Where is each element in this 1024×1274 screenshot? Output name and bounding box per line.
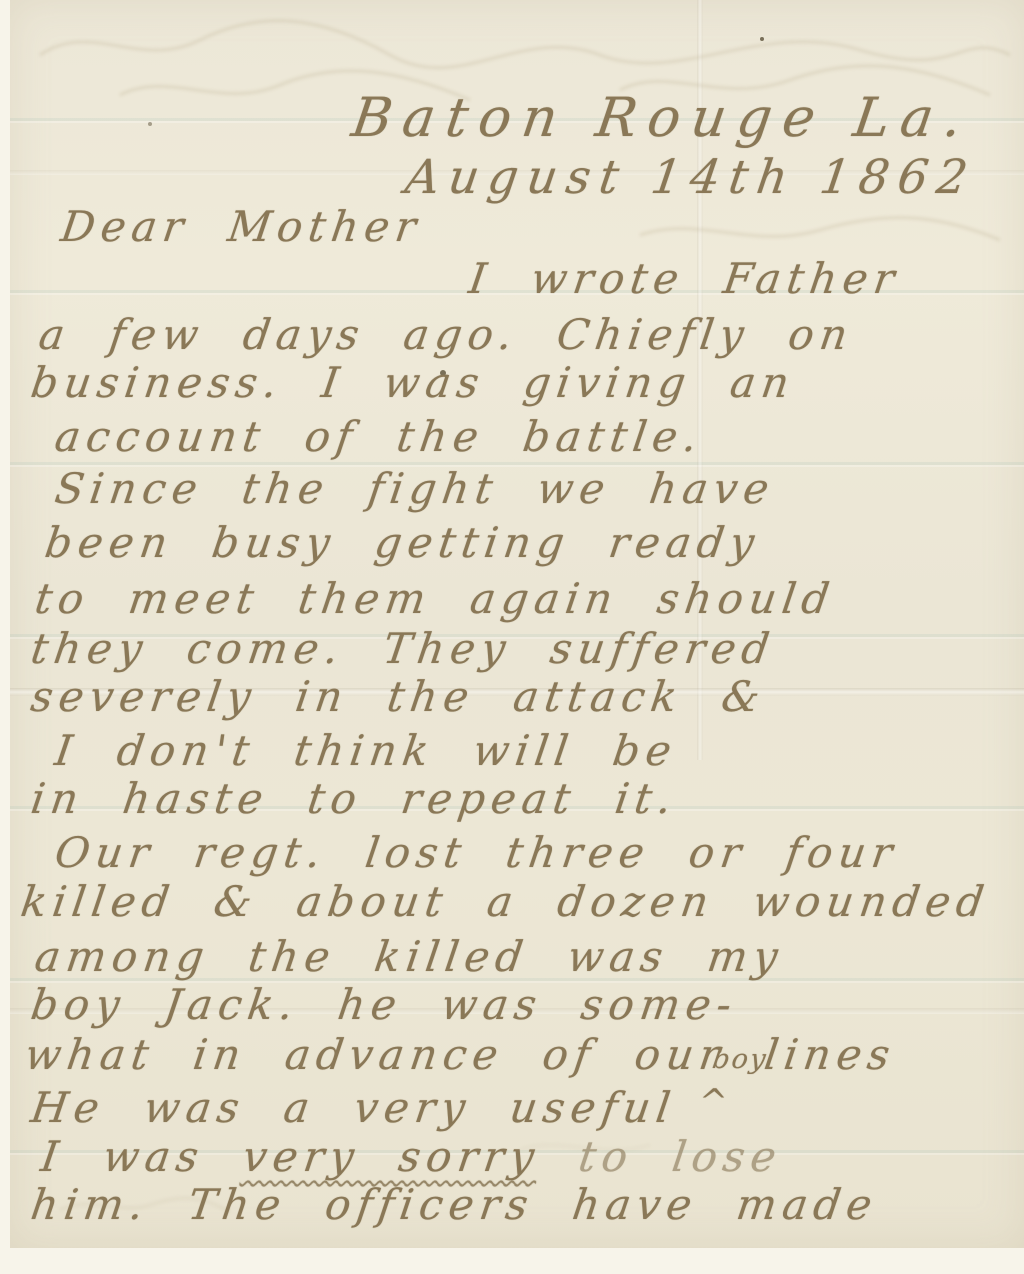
letter-line-7: to meet them again should — [32, 574, 838, 623]
letter-line-6: been busy getting ready — [42, 518, 763, 567]
ink-speck — [760, 37, 764, 41]
letter-line-9: severely in the attack & — [28, 672, 769, 721]
heading-place: Baton Rouge La. — [348, 86, 977, 149]
letter-line-4: account of the battle. — [52, 412, 706, 461]
letter-line-8: they come. They suffered — [28, 624, 778, 673]
letter-line-2: a few days ago. Chiefly on — [36, 310, 857, 359]
letter-line-14: among the killed was my — [32, 932, 787, 981]
salutation: Dear Mother — [58, 202, 425, 251]
letter-line-17: He was a very useful^boy — [28, 1080, 770, 1132]
letter-line-19: him. The officers have made — [28, 1180, 881, 1229]
letter-line-10: I don't think will be — [52, 726, 680, 775]
caret-mark: ^ — [696, 1082, 736, 1122]
heading-date: August 14th 1862 — [402, 150, 980, 205]
letter-line-5: Since the fight we have — [52, 464, 778, 513]
letter-line-3: business. I was giving an — [28, 358, 798, 407]
interlinear-insertion: ^boy — [674, 1080, 770, 1122]
letter-line-11: in haste to repeat it. — [28, 774, 681, 823]
line-18-post: to lose — [536, 1132, 785, 1181]
line-17-text: He was a very useful — [28, 1083, 679, 1132]
ink-speck — [148, 122, 152, 126]
letter-line-15: boy Jack. he was some- — [28, 980, 741, 1029]
letter-scan: { "document_type": "scanned handwritten … — [0, 0, 1024, 1274]
letter-line-12: Our regt. lost three or four — [52, 828, 901, 877]
inserted-word: boy — [710, 1044, 769, 1075]
letter-line-13: killed & about a dozen wounded — [18, 877, 993, 926]
emphasized-words: very sorry — [240, 1132, 543, 1181]
letter-line-1: I wrote Father — [466, 254, 903, 303]
line-18-pre: I was — [38, 1132, 247, 1181]
letter-line-18: I was very sorry to lose — [38, 1132, 785, 1181]
